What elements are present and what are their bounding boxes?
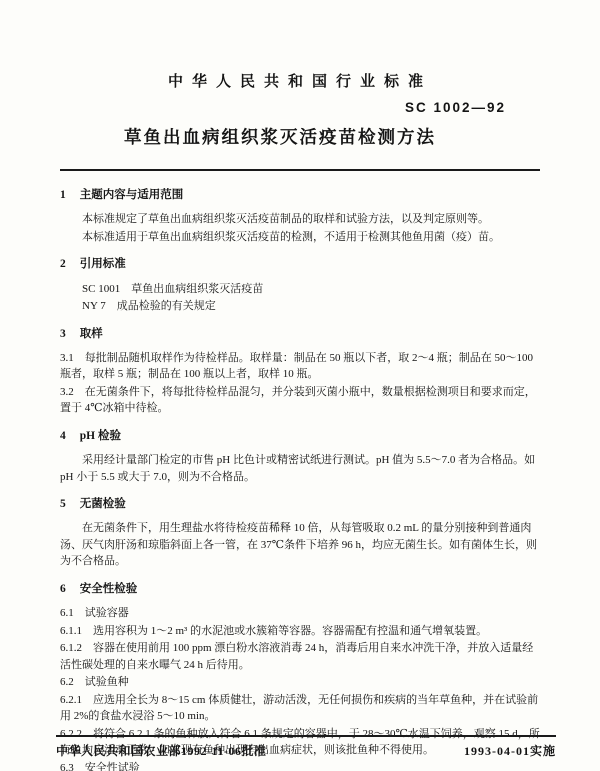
implementation-note: 1993-04-01实施	[464, 742, 556, 759]
clause: 6.2.1 应选用全长为 8～15 cm 体质健壮，游动活泼，无任何损伤和疾病的…	[60, 692, 540, 725]
section-sterility-test: 5无菌检验 在无菌条件下，用生理盐水将待检疫苗稀释 10 倍，从每管吸取 0.2…	[60, 496, 540, 570]
section-sampling: 3取样 3.1 每批制品随机取样作为待检样品。取样量：制品在 50 瓶以下者，取…	[60, 326, 540, 417]
section-number: 2	[60, 258, 66, 270]
section-number: 6	[60, 583, 66, 595]
section-title: 主题内容与适用范围	[80, 189, 184, 201]
clause: 6.1.2 容器在使用前用 100 ppm 漂白粉水溶液消毒 24 h，消毒后用…	[60, 640, 540, 673]
section-heading: 6安全性检验	[60, 581, 540, 598]
clause: 6.1 试验容器	[60, 605, 540, 622]
clause: 6.3 安全性试验	[60, 760, 540, 771]
document-header: 中华人民共和国行业标准 SC 1002—92 草鱼出血病组织浆灭活疫苗检测方法	[60, 70, 540, 171]
section-heading: 4pH 检验	[60, 428, 540, 445]
clause: 6.1.1 选用容积为 1～2 m³ 的水泥池或水簇箱等容器。容器需配有控温和通…	[60, 623, 540, 640]
header-divider	[60, 169, 540, 171]
section-heading: 5无菌检验	[60, 496, 540, 513]
section-title: 安全性检验	[80, 583, 138, 595]
section-number: 1	[60, 189, 66, 201]
document-page: 中华人民共和国行业标准 SC 1002—92 草鱼出血病组织浆灭活疫苗检测方法 …	[0, 0, 600, 771]
approval-note: 中华人民共和国农业部1992-11-06批准	[56, 742, 266, 759]
section-number: 5	[60, 498, 66, 510]
paragraph: 本标准规定了草鱼出血病组织浆灭活疫苗制品的取样和试验方法，以及判定原则等。	[60, 211, 540, 228]
standard-number: SC 1002—92	[60, 100, 540, 115]
section-number: 4	[60, 430, 66, 442]
paragraph: 在无菌条件下，用生理盐水将待检疫苗稀释 10 倍，从每管吸取 0.2 mL 的量…	[60, 520, 540, 570]
section-scope: 1主题内容与适用范围 本标准规定了草鱼出血病组织浆灭活疫苗制品的取样和试验方法，…	[60, 187, 540, 245]
reference-item: SC 1001 草鱼出血病组织浆灭活疫苗	[82, 281, 540, 298]
section-ph-test: 4pH 检验 采用经计量部门检定的市售 pH 比色计或精密试纸进行测试。pH 值…	[60, 428, 540, 485]
paragraph: 采用经计量部门检定的市售 pH 比色计或精密试纸进行测试。pH 值为 5.5～7…	[60, 452, 540, 485]
clause: 3.2 在无菌条件下，将每批待检样品混匀，并分装到灭菌小瓶中，数量根据检测项目和…	[60, 384, 540, 417]
document-footer: 中华人民共和国农业部1992-11-06批准 1993-04-01实施	[56, 735, 556, 759]
reference-item: NY 7 成品检验的有关规定	[82, 298, 540, 315]
document-body: 1主题内容与适用范围 本标准规定了草鱼出血病组织浆灭活疫苗制品的取样和试验方法，…	[60, 187, 540, 771]
footer-divider	[56, 735, 556, 737]
section-title: 无菌检验	[80, 498, 126, 510]
section-title: 取样	[80, 328, 103, 340]
section-title: pH 检验	[80, 430, 121, 442]
document-title: 草鱼出血病组织浆灭活疫苗检测方法	[60, 124, 540, 149]
section-number: 3	[60, 328, 66, 340]
section-references: 2引用标准 SC 1001 草鱼出血病组织浆灭活疫苗 NY 7 成品检验的有关规…	[60, 256, 540, 314]
section-heading: 3取样	[60, 326, 540, 343]
section-heading: 1主题内容与适用范围	[60, 187, 540, 204]
clause: 3.1 每批制品随机取样作为待检样品。取样量：制品在 50 瓶以下者，取 2～4…	[60, 350, 540, 383]
clause: 6.2 试验鱼种	[60, 674, 540, 691]
section-title: 引用标准	[80, 258, 126, 270]
section-heading: 2引用标准	[60, 256, 540, 273]
standard-type-heading: 中华人民共和国行业标准	[60, 70, 540, 91]
footer-row: 中华人民共和国农业部1992-11-06批准 1993-04-01实施	[56, 742, 556, 759]
paragraph: 本标准适用于草鱼出血病组织浆灭活疫苗的检测，不适用于检测其他鱼用菌（疫）苗。	[60, 229, 540, 246]
